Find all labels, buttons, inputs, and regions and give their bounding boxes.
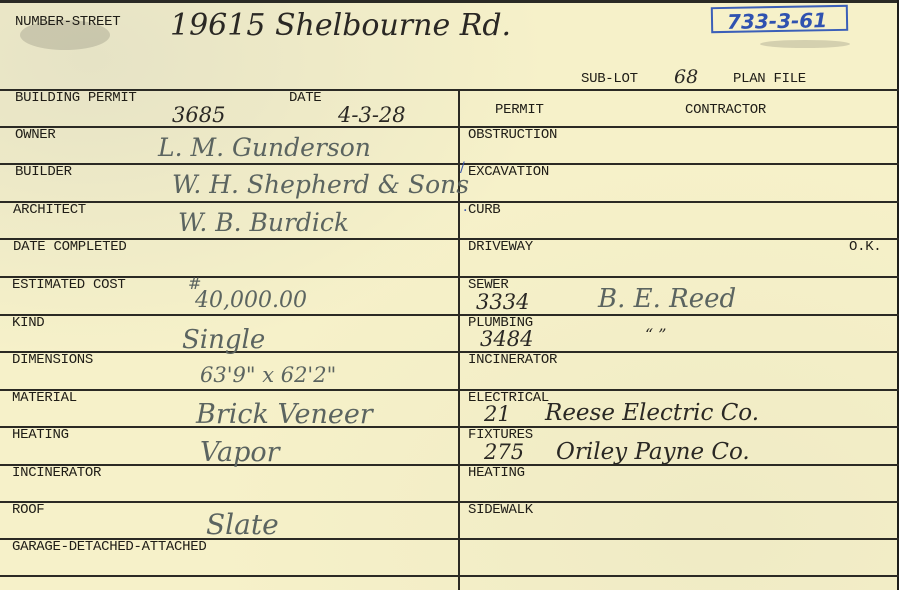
rule-line: [0, 426, 899, 428]
check-mark-icon: .: [463, 199, 467, 215]
field-label-driveway: DRIVEWAY: [468, 239, 533, 255]
card-top-edge: [0, 0, 899, 3]
rule-line: [0, 575, 899, 577]
smudge-mark: [760, 40, 850, 48]
field-label-curb: CURB: [468, 202, 500, 218]
field-label-heating: HEATING: [12, 427, 69, 443]
field-label-roof: ROOF: [12, 502, 44, 518]
rule-line: [0, 238, 899, 240]
rule-line: [0, 351, 899, 353]
rule-line: [0, 464, 899, 466]
field-label-building-permit: BUILDING PERMIT: [15, 90, 137, 106]
field-label-garage: GARAGE-DETACHED-ATTACHED: [12, 539, 206, 555]
dimensions-value: 63'9" x 62'2": [200, 363, 336, 387]
field-label-owner: OWNER: [15, 127, 56, 143]
field-label-incinerator: INCINERATOR: [12, 465, 101, 481]
field-label-date-completed: DATE COMPLETED: [13, 239, 126, 255]
electrical-permit-value: 21: [484, 402, 511, 426]
fixtures-contractor-value: Oriley Payne Co.: [556, 439, 750, 465]
field-label-obstruction: OBSTRUCTION: [468, 127, 557, 143]
date-value: 4-3-28: [338, 103, 406, 127]
number-street-value: 19615 Shelbourne Rd.: [170, 8, 511, 43]
file-number-stamp: 733-3-61: [711, 5, 848, 33]
rule-line: [0, 163, 899, 165]
kind-value: Single: [182, 325, 265, 355]
rule-line: [0, 276, 899, 278]
rule-line: [0, 314, 899, 316]
building-permit-card: NUMBER-STREET 19615 Shelbourne Rd. 733-3…: [0, 0, 899, 590]
field-label-excavation: EXCAVATION: [468, 164, 549, 180]
field-label-kind: KIND: [12, 315, 44, 331]
field-label-heating-permit: HEATING: [468, 465, 525, 481]
date-label: DATE: [289, 90, 321, 106]
material-value: Brick Veneer: [196, 399, 373, 430]
sewer-permit-value: 3334: [476, 290, 529, 314]
contractor-column-header: CONTRACTOR: [685, 102, 766, 118]
plumbing-contractor-value: “ ”: [645, 325, 666, 344]
plan-file-label: PLAN FILE: [733, 71, 806, 87]
architect-value: W. B. Burdick: [178, 208, 349, 237]
permit-column-header: PERMIT: [495, 102, 544, 118]
heating-value: Vapor: [200, 437, 280, 468]
check-mark-icon: /: [460, 160, 465, 176]
field-label-architect: ARCHITECT: [13, 202, 86, 218]
electrical-contractor-value: Reese Electric Co.: [545, 400, 759, 426]
sub-lot-value: 68: [674, 66, 698, 88]
rule-line: [0, 389, 899, 391]
field-label-estimated-cost: ESTIMATED COST: [12, 277, 125, 293]
field-label-builder: BUILDER: [15, 164, 72, 180]
owner-value: L. M. Gunderson: [158, 133, 371, 162]
roof-value: Slate: [206, 508, 279, 541]
field-label-material: MATERIAL: [12, 390, 77, 406]
plumbing-permit-value: 3484: [480, 327, 533, 351]
building-permit-value: 3685: [172, 103, 225, 127]
fixtures-permit-value: 275: [484, 440, 524, 464]
estimated-cost-value: 40,000.00: [195, 288, 307, 313]
number-street-label: NUMBER-STREET: [15, 14, 120, 30]
sub-lot-label: SUB-LOT: [581, 71, 638, 87]
builder-value: W. H. Shepherd & Sons: [172, 170, 469, 199]
field-label-incinerator-permit: INCINERATOR: [468, 352, 557, 368]
sewer-contractor-value: B. E. Reed: [598, 284, 736, 314]
rule-line: [0, 126, 899, 128]
field-label-dimensions: DIMENSIONS: [12, 352, 93, 368]
rule-line: [0, 201, 899, 203]
rule-line: [0, 501, 899, 503]
driveway-status: O.K.: [849, 239, 881, 255]
field-label-sidewalk: SIDEWALK: [468, 502, 533, 518]
